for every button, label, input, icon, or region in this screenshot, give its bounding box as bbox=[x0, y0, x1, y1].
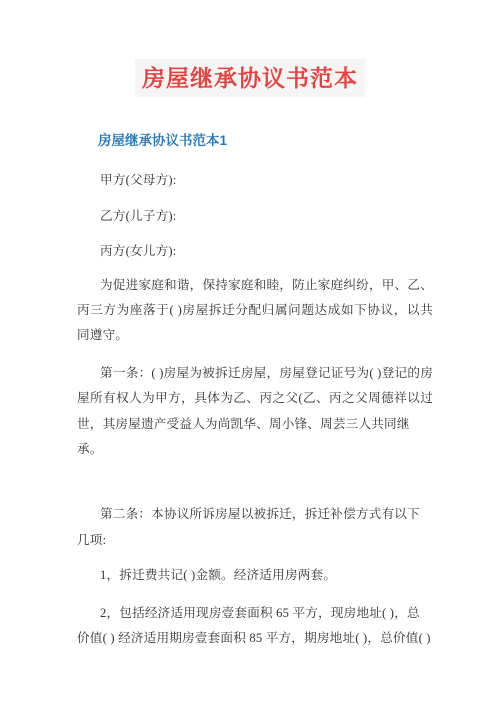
text-line: 屋所有权人为甲方，具体为乙、丙之父(乙、丙之父周德祥以过 bbox=[77, 386, 433, 411]
text-line: 世，其房屋遗产受益人为尚凯华、周小锋、周芸三人共同继承。 bbox=[77, 412, 433, 463]
paragraph-party-a: 甲方(父母方): bbox=[77, 168, 433, 193]
document-body: 房屋继承协议书范本1 甲方(父母方): 乙方(儿子方): 丙方(女儿方): 为促… bbox=[0, 128, 500, 652]
text-line: 同遵守。 bbox=[77, 323, 433, 348]
text-line: 丙三方为座落于( )房屋拆迁分配归属问题达成如下协议，以共 bbox=[77, 298, 433, 323]
document-title: 房屋继承协议书范本 bbox=[135, 59, 365, 97]
text-line: 1，拆迁费共记( )金额。经济适用房两套。 bbox=[77, 563, 433, 588]
paragraph-clause-1: 第一条：( )房屋为被拆迁房屋，房屋登记证号为( )登记的房 屋所有权人为甲方，… bbox=[77, 361, 433, 463]
paragraph-preamble: 为促进家庭和谐，保持家庭和睦，防止家庭纠纷，甲、乙、 丙三方为座落于( )房屋拆… bbox=[77, 273, 433, 349]
text-line: 第一条：( )房屋为被拆迁房屋，房屋登记证号为( )登记的房 bbox=[77, 361, 433, 386]
text-line: 为促进家庭和谐，保持家庭和睦，防止家庭纠纷，甲、乙、 bbox=[77, 273, 433, 298]
text-line: 2，包括经济适用现房壹套面积 65 平方，现房地址( )，总 bbox=[77, 601, 433, 626]
subtitle-heading: 房屋继承协议书范本1 bbox=[77, 128, 433, 153]
text-line: 价值( ) 经济适用期房壹套面积 85 平方，期房地址( )，总价值( ) bbox=[77, 626, 433, 651]
text-line: 几项: bbox=[77, 528, 433, 553]
paragraph-clause-2: 第二条：本协议所诉房屋以被拆迁，拆迁补偿方式有以下 几项: bbox=[77, 502, 433, 553]
text-line: 丙方(女儿方): bbox=[77, 239, 433, 264]
paragraph-party-b: 乙方(儿子方): bbox=[77, 204, 433, 229]
paragraph-item-2: 2，包括经济适用现房壹套面积 65 平方，现房地址( )，总 价值( ) 经济适… bbox=[77, 601, 433, 652]
text-line: 第二条：本协议所诉房屋以被拆迁，拆迁补偿方式有以下 bbox=[77, 502, 433, 527]
document-page: 房屋继承协议书范本 房屋继承协议书范本1 甲方(父母方): 乙方(儿子方): 丙… bbox=[0, 0, 500, 708]
paragraph-item-1: 1，拆迁费共记( )金额。经济适用房两套。 bbox=[77, 563, 433, 588]
text-line: 甲方(父母方): bbox=[77, 168, 433, 193]
text-line: 乙方(儿子方): bbox=[77, 204, 433, 229]
paragraph-party-c: 丙方(女儿方): bbox=[77, 239, 433, 264]
title-row: 房屋继承协议书范本 bbox=[0, 0, 500, 97]
